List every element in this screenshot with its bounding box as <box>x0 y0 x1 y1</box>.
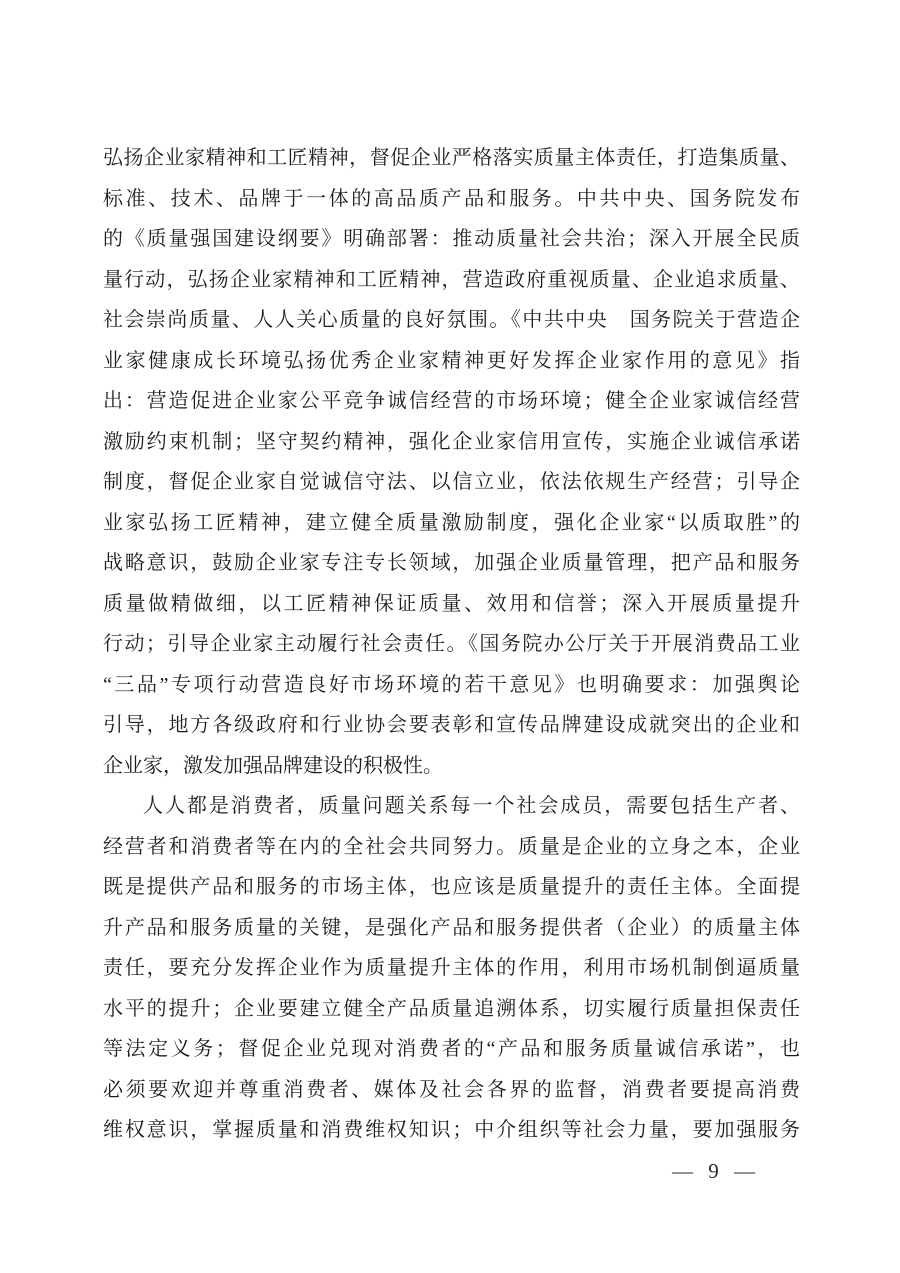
text-line: “三品”专项行动营造良好市场环境的若干意见》也明确要求：加强舆论 <box>103 665 800 706</box>
text-line: 既是提供产品和服务的市场主体，也应该是质量提升的责任主体。全面提 <box>103 867 800 908</box>
text-line: 弘扬企业家精神和工匠精神，督促企业严格落实质量主体责任，打造集质量、 <box>103 138 800 179</box>
text-line: 社会崇尚质量、人人关心质量的良好氛围。《中共中央 国务院关于营造企 <box>103 300 800 341</box>
text-line: 经营者和消费者等在内的全社会共同努力。质量是企业的立身之本，企业 <box>103 827 800 868</box>
document-page: 弘扬企业家精神和工匠精神，督促企业严格落实质量主体责任，打造集质量、 标准、技术… <box>0 0 900 1273</box>
text-line: 责任，要充分发挥企业作为质量提升主体的作用，利用市场机制倒逼质量 <box>103 948 800 989</box>
body-text: 弘扬企业家精神和工匠精神，督促企业严格落实质量主体责任，打造集质量、 标准、技术… <box>103 138 800 1191</box>
text-line: 维权意识，掌握质量和消费维权知识；中介组织等社会力量，要加强服务 <box>103 1110 800 1151</box>
text-line: 战略意识，鼓励企业家专注专长领域，加强企业质量管理，把产品和服务 <box>103 543 800 584</box>
text-line: 出：营造促进企业家公平竞争诚信经营的市场环境；健全企业家诚信经营 <box>103 381 800 422</box>
text-line: 水平的提升；企业要建立健全产品质量追溯体系，切实履行质量担保责任 <box>103 989 800 1030</box>
page-number: — 9 — <box>103 1151 800 1192</box>
text-line: 必须要欢迎并尊重消费者、媒体及社会各界的监督，消费者要提高消费 <box>103 1070 800 1111</box>
text-line: 量行动，弘扬企业家精神和工匠精神，营造政府重视质量、企业追求质量、 <box>103 260 800 301</box>
text-line: 升产品和服务质量的关键，是强化产品和服务提供者（企业）的质量主体 <box>103 908 800 949</box>
text-line: 引导，地方各级政府和行业协会要表彰和宣传品牌建设成就突出的企业和 <box>103 705 800 746</box>
text-line: 质量做精做细，以工匠精神保证质量、效用和信誉；深入开展质量提升 <box>103 584 800 625</box>
text-line: 的《质量强国建设纲要》明确部署：推动质量社会共治；深入开展全民质 <box>103 219 800 260</box>
text-line: 业家健康成长环境弘扬优秀企业家精神更好发挥企业家作用的意见》指 <box>103 341 800 382</box>
text-line: 激励约束机制；坚守契约精神，强化企业家信用宣传，实施企业诚信承诺 <box>103 422 800 463</box>
text-line: 业家弘扬工匠精神，建立健全质量激励制度，强化企业家“以质取胜”的 <box>103 503 800 544</box>
text-line: 标准、技术、品牌于一体的高品质产品和服务。中共中央、国务院发布 <box>103 179 800 220</box>
text-line-paragraph-end: 企业家，激发加强品牌建设的积极性。 <box>103 746 800 787</box>
text-line: 等法定义务；督促企业兑现对消费者的“产品和服务质量诚信承诺”，也 <box>103 1029 800 1070</box>
text-line-paragraph-start: 人人都是消费者，质量问题关系每一个社会成员，需要包括生产者、 <box>103 786 800 827</box>
text-line: 制度，督促企业家自觉诚信守法、以信立业，依法依规生产经营；引导企 <box>103 462 800 503</box>
text-line: 行动；引导企业家主动履行社会责任。《国务院办公厅关于开展消费品工业 <box>103 624 800 665</box>
